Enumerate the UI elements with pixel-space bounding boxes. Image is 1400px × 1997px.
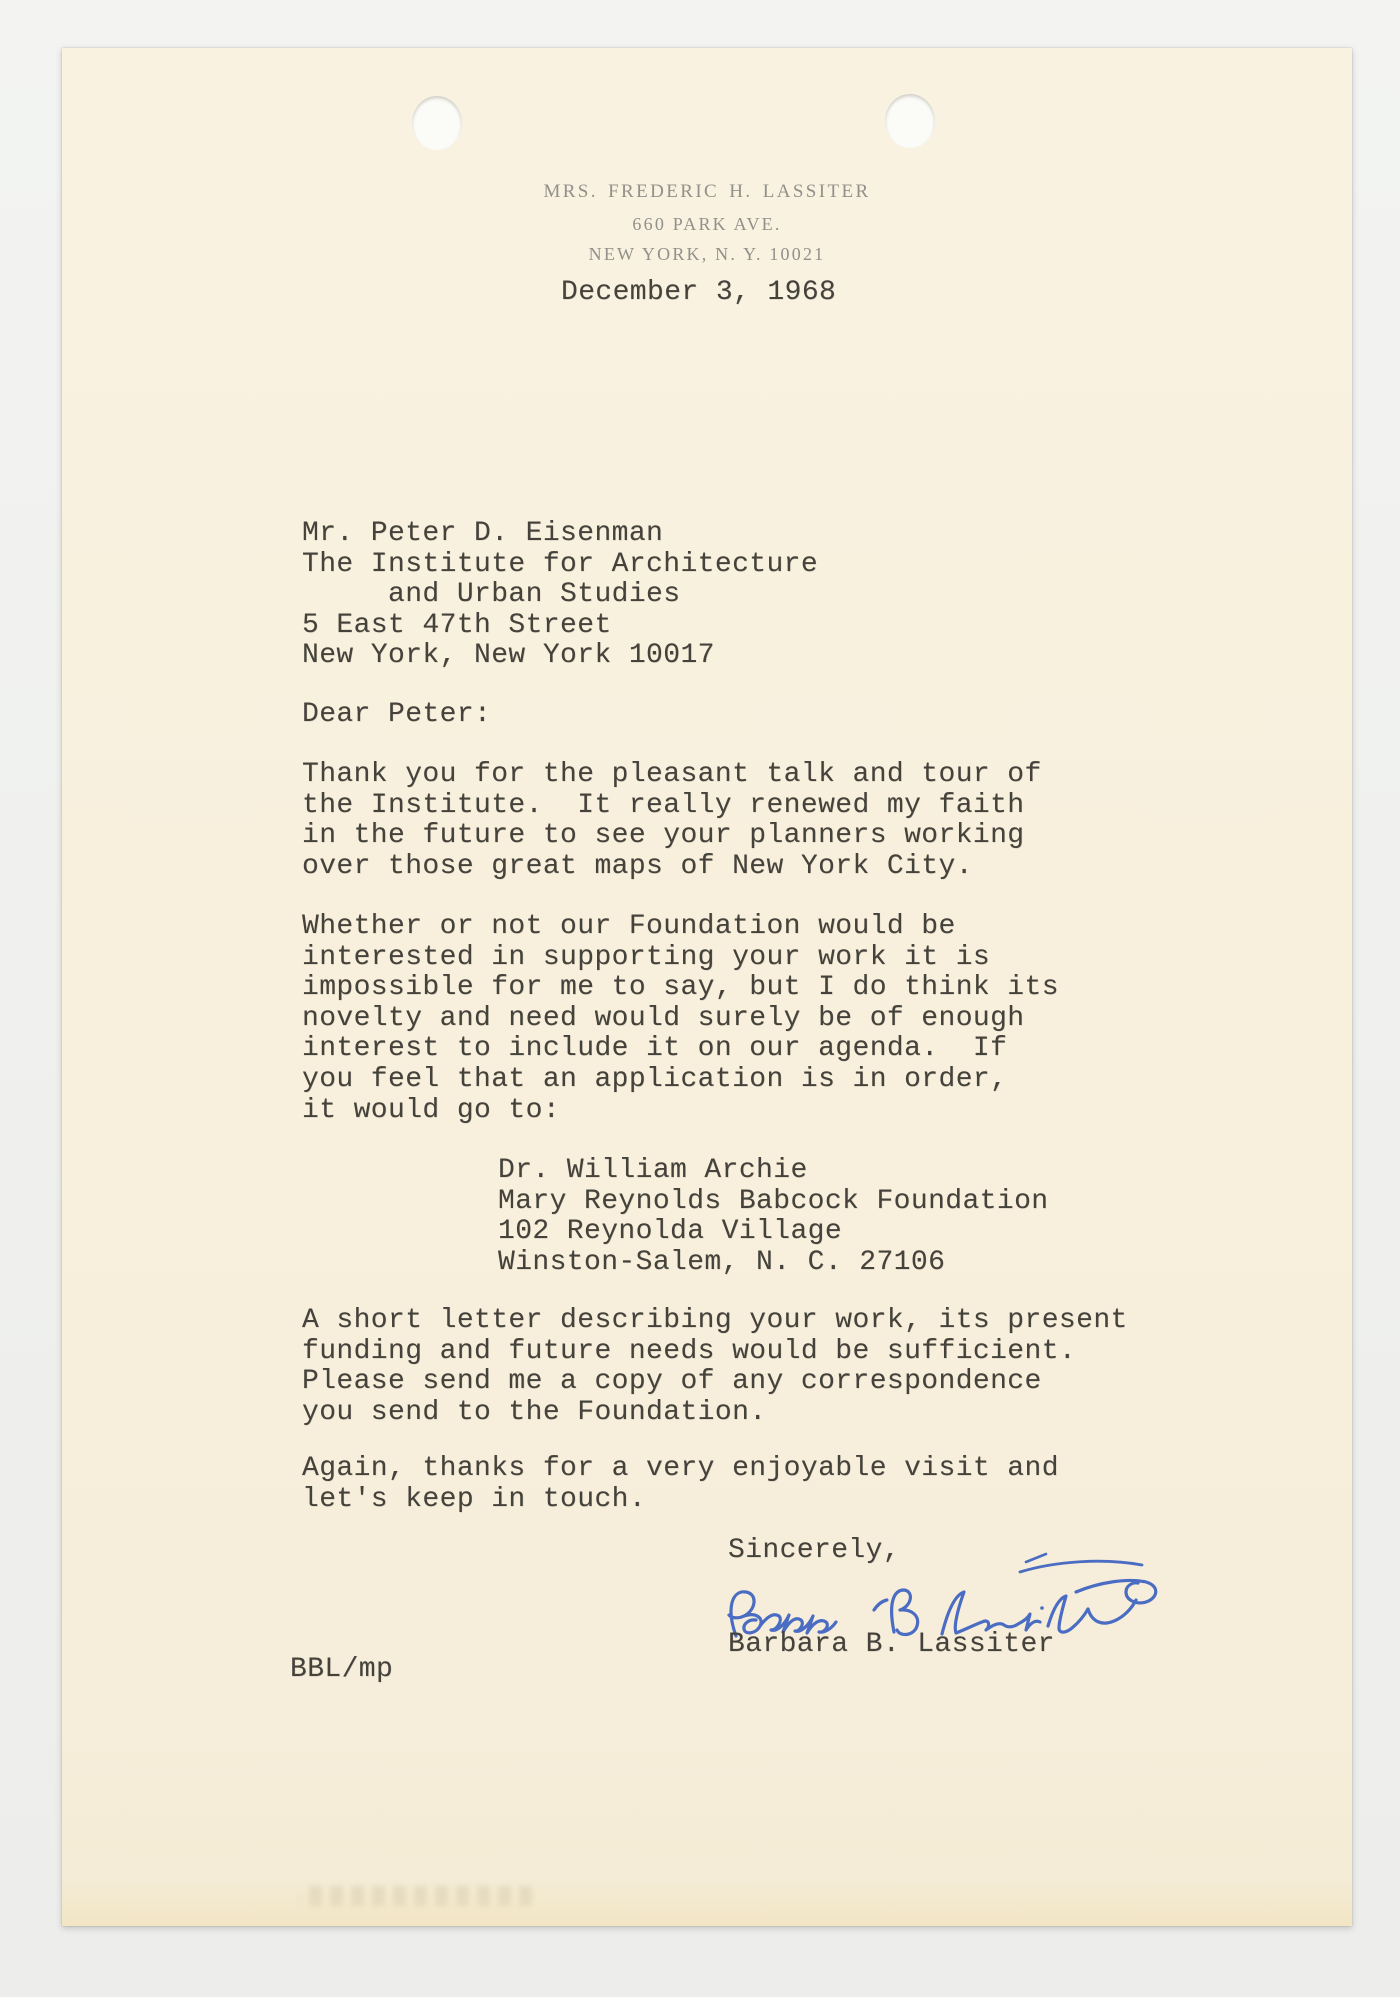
valediction: Sincerely, <box>728 1536 900 1567</box>
letter-page: MRS. FREDERIC H. LASSITER 660 PARK AVE. … <box>62 48 1352 1926</box>
letterhead-city: NEW YORK, N. Y. 10021 <box>62 240 1352 269</box>
typed-signature-name: Barbara B. Lassiter <box>728 1630 1055 1661</box>
paragraph-3: A short letter describing your work, its… <box>302 1306 1128 1428</box>
salutation: Dear Peter: <box>302 700 491 731</box>
letterhead-name: MRS. FREDERIC H. LASSITER <box>62 175 1352 209</box>
recipient-address: Mr. Peter D. Eisenman The Institute for … <box>302 519 818 672</box>
paper-bottom-shading <box>62 1880 1352 1926</box>
date-line: December 3, 1968 <box>561 278 836 309</box>
paragraph-1: Thank you for the pleasant talk and tour… <box>302 760 1042 882</box>
letterhead: MRS. FREDERIC H. LASSITER 660 PARK AVE. … <box>62 175 1352 269</box>
paragraph-2: Whether or not our Foundation would be i… <box>302 912 1059 1126</box>
letterhead-street: 660 PARK AVE. <box>62 209 1352 240</box>
inner-address: Dr. William Archie Mary Reynolds Babcock… <box>498 1156 1049 1278</box>
paragraph-4: Again, thanks for a very enjoyable visit… <box>302 1454 1059 1515</box>
punch-hole-left <box>412 96 462 150</box>
reference-initials: BBL/mp <box>290 1655 393 1686</box>
punch-hole-right <box>885 94 935 148</box>
